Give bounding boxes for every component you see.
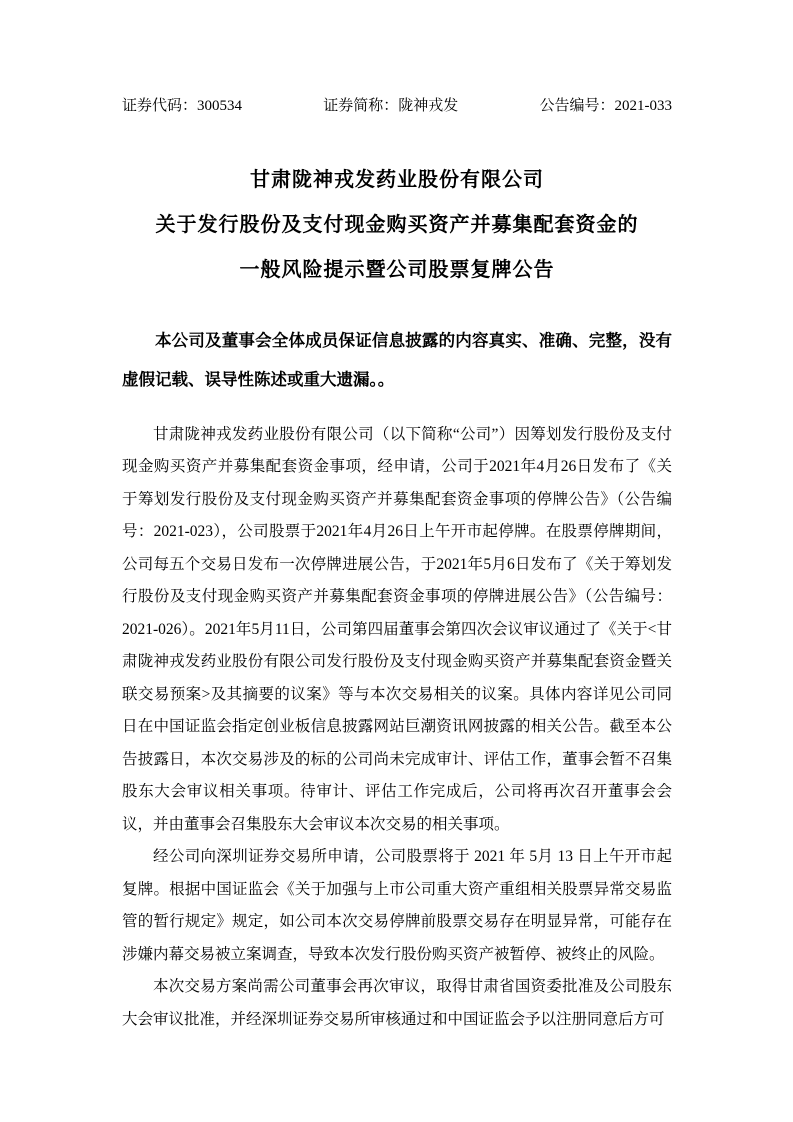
board-declaration: 本公司及董事会全体成员保证信息披露的内容真实、准确、完整，没有虚假记载、误导性陈… [122,322,672,400]
announcement-number: 公告编号：2021-033 [540,97,673,116]
title-line-type: 一般风险提示暨公司股票复牌公告 [122,248,672,293]
stock-abbr: 证券简称：陇神戎发 [323,97,458,116]
title-line-company: 甘肃陇神戎发药业股份有限公司 [122,158,672,203]
title-line-subject: 关于发行股份及支付现金购买资产并募集配套资金的 [122,203,672,248]
stock-code: 证券代码：300534 [122,97,242,116]
doc-title: 甘肃陇神戎发药业股份有限公司 关于发行股份及支付现金购买资产并募集配套资金的 一… [122,158,672,293]
body-paragraph-suspension-history: 甘肃陇神戎发药业股份有限公司（以下简称“公司”）因筹划发行股份及支付现金购买资产… [122,419,672,842]
doc-body: 甘肃陇神戎发药业股份有限公司（以下简称“公司”）因筹划发行股份及支付现金购买资产… [122,419,672,1037]
announcement-page: 证券代码：300534 证券简称：陇神戎发 公告编号：2021-033 甘肃陇神… [0,0,793,1122]
body-paragraph-approval-requirements: 本次交易方案尚需公司董事会再次审议，取得甘肃省国资委批准及公司股东大会审议批准，… [122,971,672,1036]
doc-header: 证券代码：300534 证券简称：陇神戎发 公告编号：2021-033 [122,97,672,116]
body-paragraph-resumption-risk: 经公司向深圳证券交易所申请，公司股票将于 2021 年 5月 13 日上午开市起… [122,841,672,971]
